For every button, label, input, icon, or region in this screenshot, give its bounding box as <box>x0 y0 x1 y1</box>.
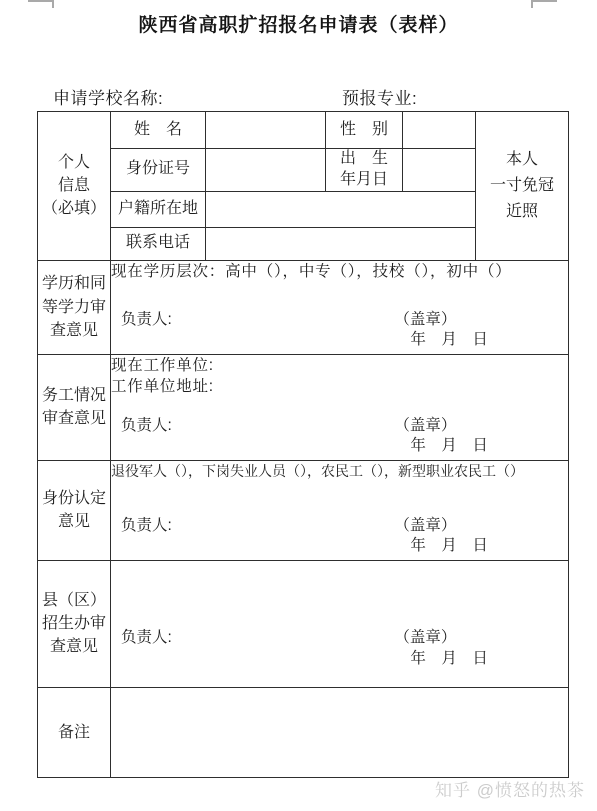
education-review-section-label: 学历和同 等学力审 查意见 <box>38 260 111 354</box>
section-label-line: 查意见 <box>38 319 110 342</box>
section-label-line: 等学力审 <box>38 296 110 319</box>
identity-section-label: 身份认定 意见 <box>38 460 111 560</box>
phone-value-cell <box>206 227 476 260</box>
section-label-line: 务工情况 <box>38 384 110 407</box>
personal-label-line: 信息 <box>38 174 110 197</box>
personal-label-line: （必填） <box>38 197 110 220</box>
phone-label: 联系电话 <box>111 227 206 260</box>
date-line: 年 月 日 <box>410 327 488 349</box>
name-value-cell <box>206 112 326 149</box>
watermark: 知乎 @愤怒的热茶 <box>435 776 585 801</box>
work-review-content-cell: 现在工作单位: 工作单位地址: 负责人: （盖章） 年 月 日 <box>111 354 569 460</box>
work-unit-line: 现在工作单位: <box>111 355 568 376</box>
responsible-person-label: 负责人: <box>121 413 172 435</box>
county-admissions-section-label: 县（区） 招生办审 查意见 <box>38 560 111 687</box>
education-review-content-cell: 现在学历层次：高中（），中专（），技校（），初中（） 负责人: （盖章） 年 月… <box>111 260 569 354</box>
remarks-label: 备注 <box>38 687 111 777</box>
section-label-line: 招生办审 <box>38 612 110 635</box>
section-label-line: 查意见 <box>38 635 110 658</box>
crop-mark-right <box>531 0 557 8</box>
work-review-section-label: 务工情况 审查意见 <box>38 354 111 460</box>
id-number-label: 身份证号 <box>111 149 206 192</box>
section-label-line: 学历和同 <box>38 272 110 295</box>
photo-label-line: 近照 <box>476 199 568 225</box>
date-line: 年 月 日 <box>410 646 488 668</box>
seal-label: （盖章） <box>394 307 456 329</box>
gender-value-cell <box>403 112 476 149</box>
remarks-value-cell <box>111 687 569 777</box>
gender-label: 性 别 <box>326 112 403 149</box>
section-label-line: 意见 <box>38 510 110 533</box>
seal-label: （盖章） <box>394 513 456 535</box>
personal-label-line: 个人 <box>38 151 110 174</box>
photo-cell: 本人 一寸免冠 近照 <box>476 112 569 261</box>
identity-content-cell: 退役军人（），下岗失业人员（），农民工（），新型职业农民工（） 负责人: （盖章… <box>111 460 569 560</box>
birthdate-label-line: 出 生 <box>326 149 402 170</box>
photo-label-line: 一寸免冠 <box>476 173 568 199</box>
major-label: 预报专业: <box>342 84 417 109</box>
birthdate-label-line: 年月日 <box>326 170 402 191</box>
seal-label: （盖章） <box>394 625 456 647</box>
crop-mark-left <box>28 0 54 8</box>
page-title: 陕西省高职扩招报名申请表（表样） <box>0 10 597 37</box>
identity-options: 退役军人（），下岗失业人员（），农民工（），新型职业农民工（） <box>111 461 568 482</box>
application-form-table: 个人 信息 （必填） 姓 名 性 别 本人 一寸免冠 近照 身份证号 出 生 年… <box>37 111 569 778</box>
section-label-line: 审查意见 <box>38 407 110 430</box>
school-name-label: 申请学校名称: <box>53 84 163 109</box>
responsible-person-label: 负责人: <box>121 625 172 647</box>
date-line: 年 月 日 <box>410 433 488 455</box>
photo-label-line: 本人 <box>476 147 568 173</box>
form-page: 陕西省高职扩招报名申请表（表样） 申请学校名称: 预报专业: 个人 信息 （必填… <box>0 0 597 811</box>
seal-label: （盖章） <box>394 413 456 435</box>
date-line: 年 月 日 <box>410 533 488 555</box>
birthdate-value-cell <box>403 149 476 192</box>
section-label-line: 身份认定 <box>38 487 110 510</box>
education-level-options: 现在学历层次：高中（），中专（），技校（），初中（） <box>111 261 568 282</box>
section-label-line: 县（区） <box>38 589 110 612</box>
name-label: 姓 名 <box>111 112 206 149</box>
residence-label: 户籍所在地 <box>111 191 206 227</box>
responsible-person-label: 负责人: <box>121 513 172 535</box>
personal-info-section-label: 个人 信息 （必填） <box>38 112 111 261</box>
county-admissions-content-cell: 负责人: （盖章） 年 月 日 <box>111 560 569 687</box>
work-address-line: 工作单位地址: <box>111 376 568 397</box>
birthdate-label: 出 生 年月日 <box>326 149 403 192</box>
residence-value-cell <box>206 191 476 227</box>
responsible-person-label: 负责人: <box>121 307 172 329</box>
id-number-value-cell <box>206 149 326 192</box>
